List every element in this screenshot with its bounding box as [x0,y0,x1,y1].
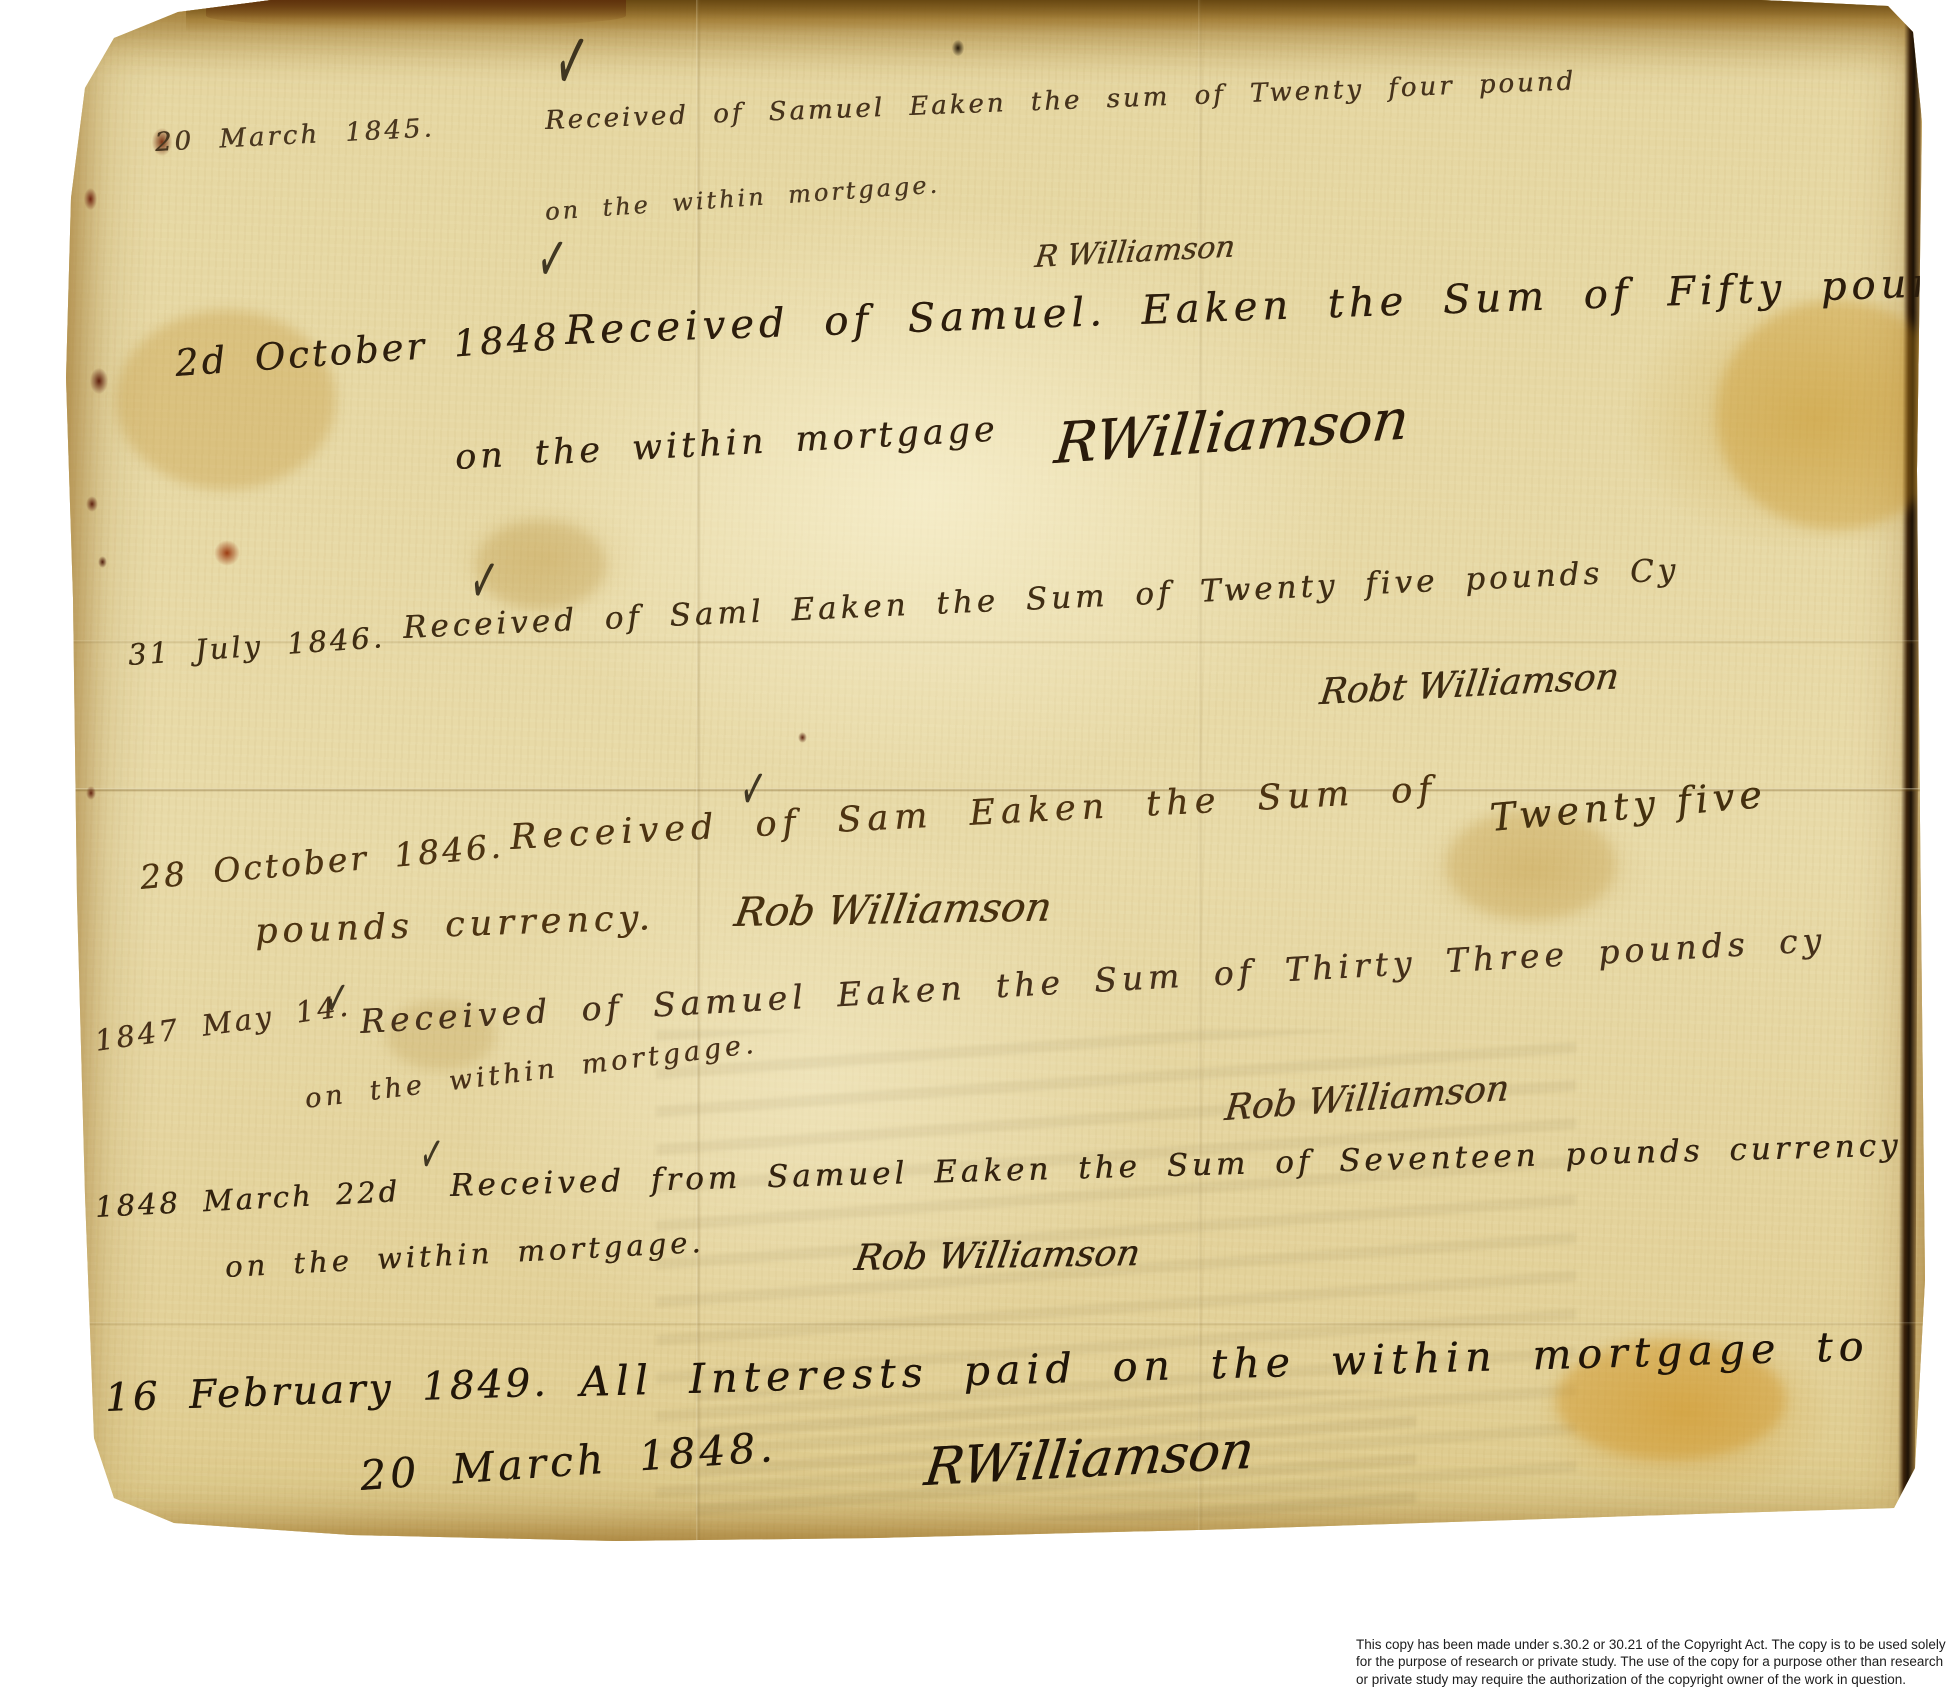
entry-text-line: Received of Samuel. Eaken the Sum of Fif… [564,258,1948,354]
copyright-notice-line: This copy has been made under s.30.2 or … [1356,1636,1951,1653]
signature: RWilliamson [1052,387,1412,477]
entry-date: 1847 May 14. [93,988,353,1058]
ink-spot [90,368,108,394]
signature: Robt Williamson [1317,656,1621,713]
check-mark-icon: ✓ [418,1121,445,1189]
copyright-notice-line: for the purpose of research or private s… [1356,1653,1951,1670]
check-mark-icon: ✓ [323,966,350,1031]
paper-stain [476,520,606,610]
entry-text-line: Received of Sam Eaken the Sum of [509,769,1438,858]
entry-date: 16 February 1849. [104,1361,549,1421]
ink-spot [798,732,807,743]
ink-spot [952,40,964,56]
ink-spot [84,1478,110,1512]
ink-spot [98,556,107,568]
ink-spot [86,496,98,512]
check-mark-icon: ✓ [535,219,570,301]
entry-text-line: Received of Samuel Eaken the Sum of Thir… [359,920,1827,1041]
ink-spot [84,188,97,210]
fold-crease [56,788,1948,792]
ink-spot [214,540,240,566]
entry-date: 28 October 1846. [138,826,505,897]
ink-spot [152,128,172,156]
underlying-page-edge [1922,20,1948,1512]
paper-top-stain [206,0,626,26]
entry-text-line: pounds currency. [254,898,655,952]
entry-text-line: on the within mortgage. [224,1225,705,1284]
signature: Rob Williamson [731,884,1055,936]
paper-stain [1446,810,1616,920]
paper-right-edge-line [1898,8,1922,1518]
entry-date: 31 July 1846. [127,620,386,672]
copyright-notice-line: or private study may require the authori… [1356,1671,1951,1688]
entry-date: 20 March 1845. [154,113,435,158]
fold-crease [56,640,1948,644]
copyright-notice: This copy has been made under s.30.2 or … [1356,1636,1951,1688]
document-page: ✓ 20 March 1845. Received of Samuel Eake… [56,0,1948,1552]
signature: R Williamson [1033,229,1237,275]
entry-text-line: on the within mortgage [454,410,1000,478]
paper-stain [1556,1340,1786,1460]
ink-spot [86,786,96,800]
paper-stain [116,310,336,490]
entry-text-line: on the within mortgage. [544,170,941,226]
entry-date: 1848 March 22d [94,1174,401,1224]
paper-stain [1716,300,1948,530]
paper-stain [386,1000,496,1070]
print-showthrough [696,1390,1416,1520]
